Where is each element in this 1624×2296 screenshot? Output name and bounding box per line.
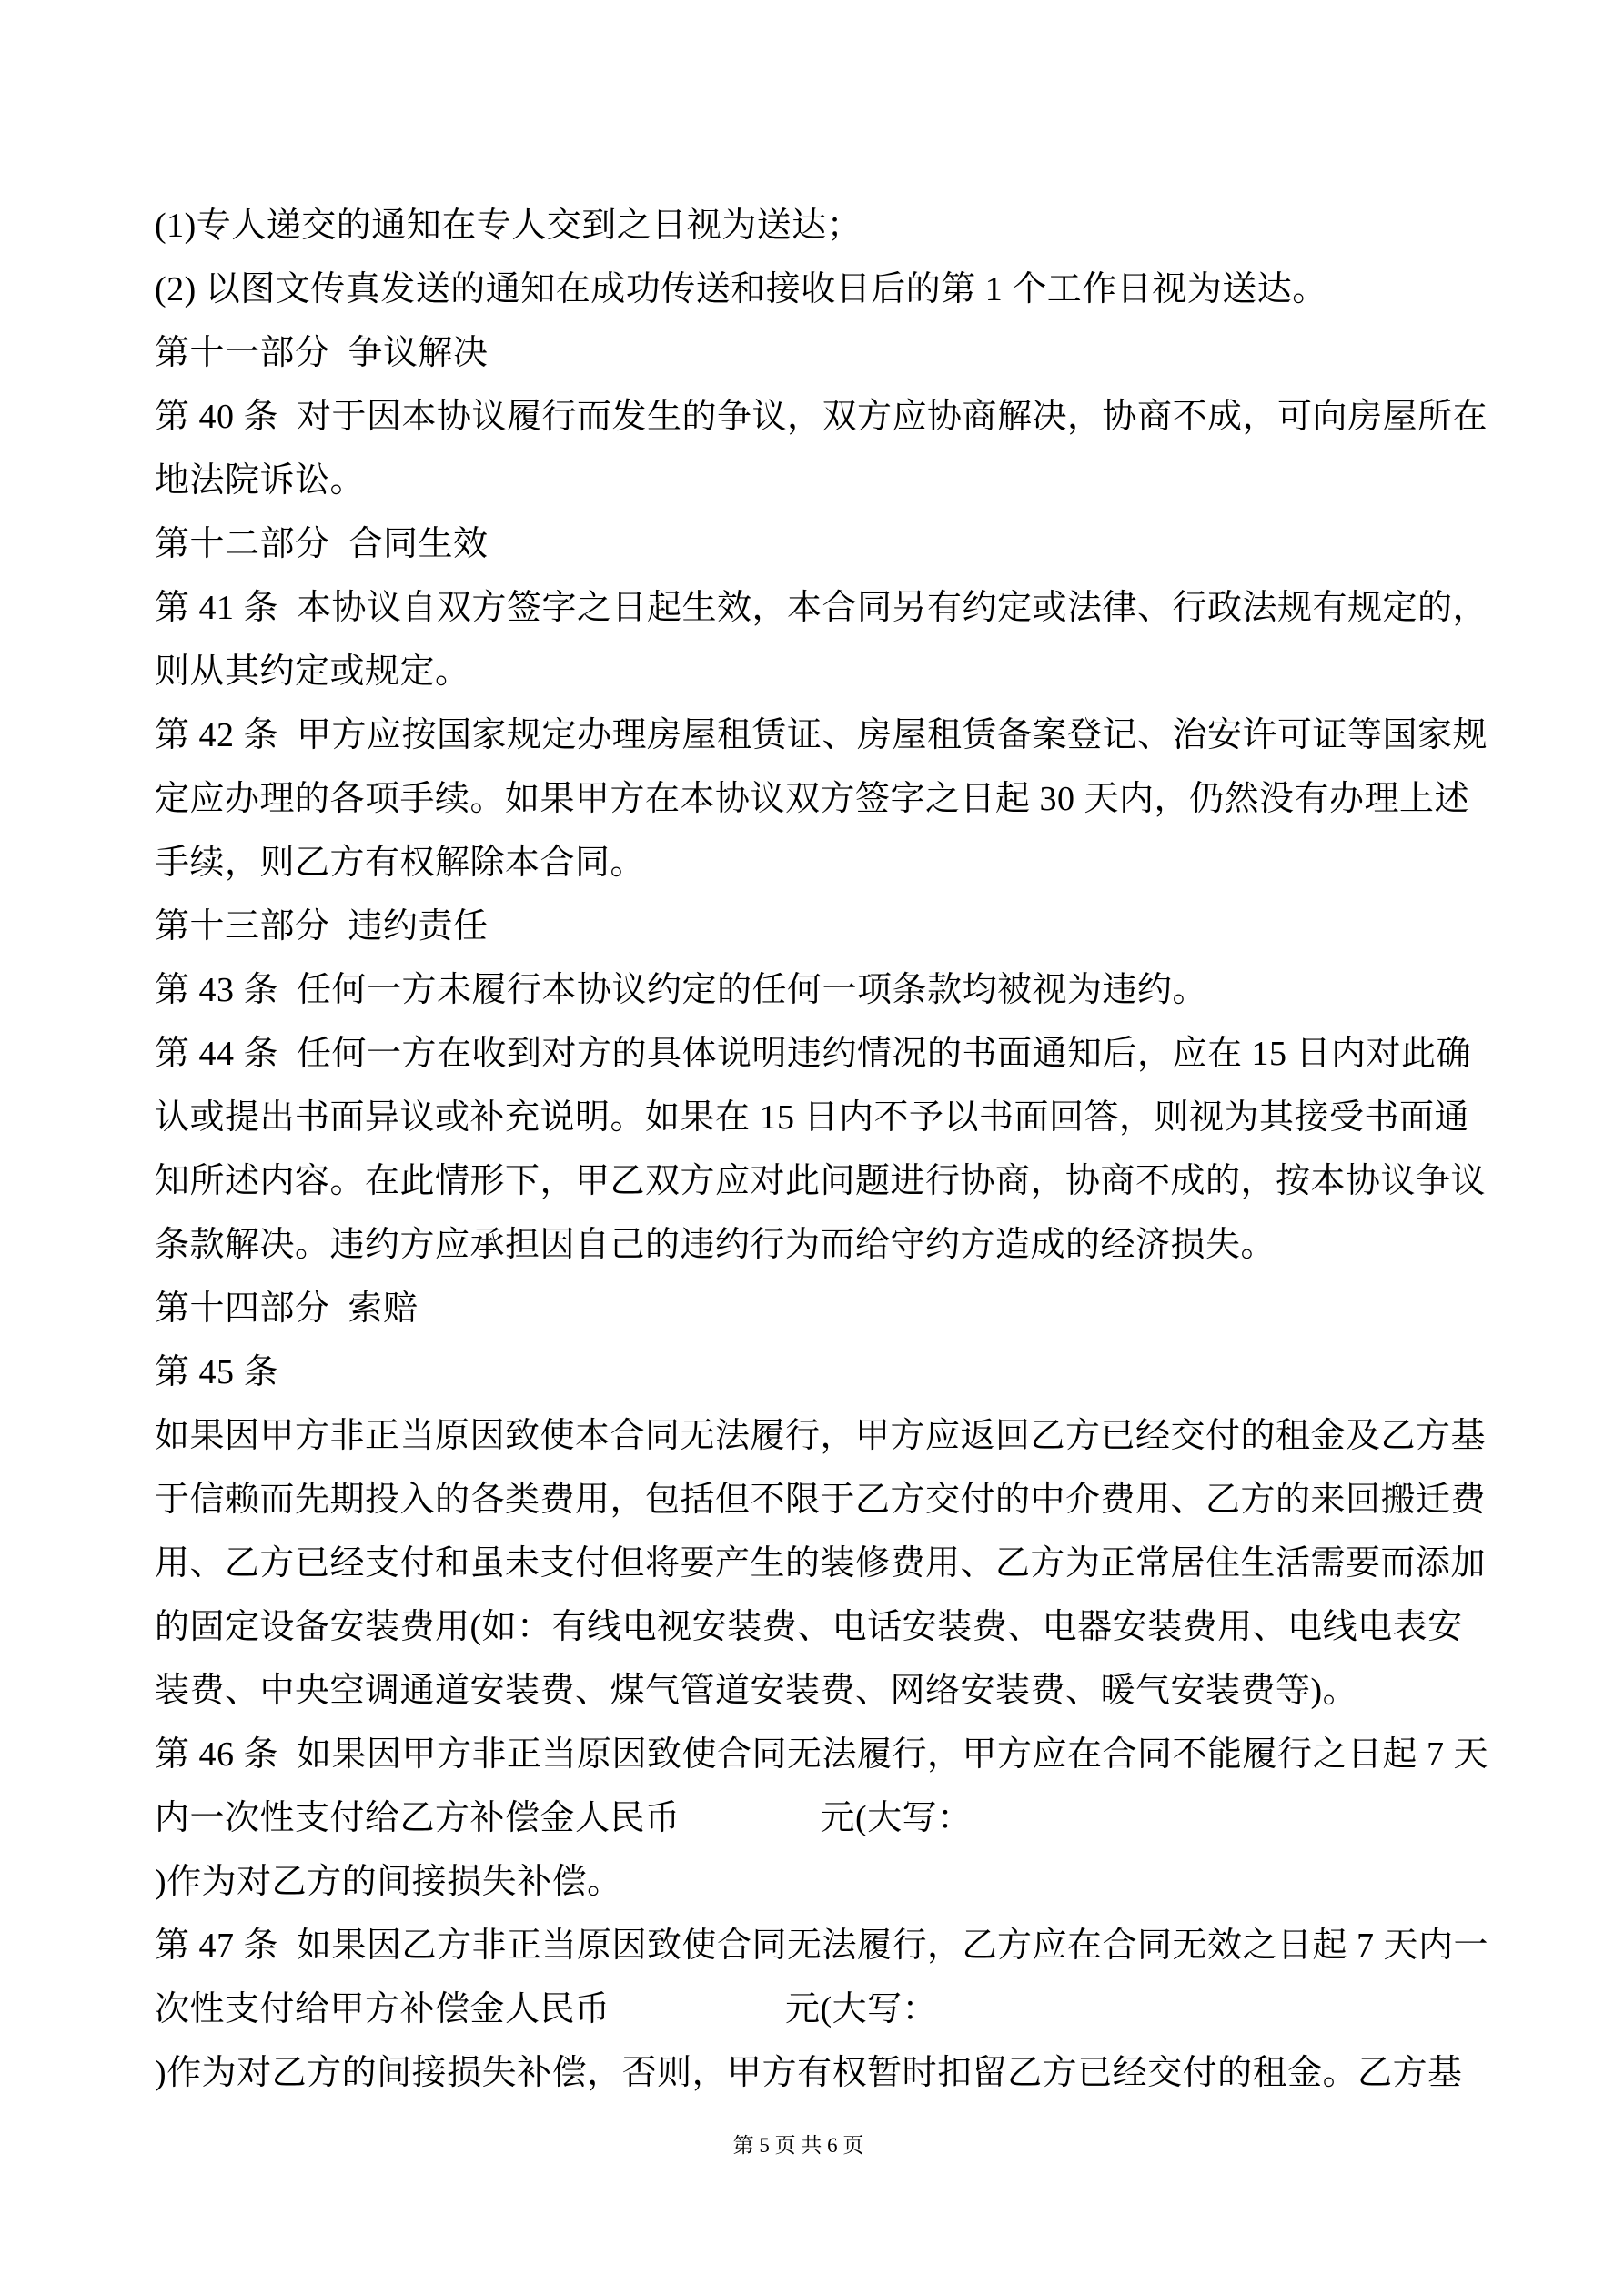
page-number: 第 5 页 共 6 页 (155, 2130, 1442, 2161)
contract-line: 的固定设备安装费用(如：有线电视安装费、电话安装费、电器安装费用、电线电表安 (155, 1595, 1442, 1659)
contract-line: 第 44 条 任何一方在收到对方的具体说明违约情况的书面通知后，应在 15 日内… (155, 1022, 1442, 1086)
contract-line: 于信赖而先期投入的各类费用，包括但不限于乙方交付的中介费用、乙方的来回搬迁费 (155, 1468, 1442, 1532)
contract-line: 第 40 条 对于因本协议履行而发生的争议，双方应协商解决，协商不成，可向房屋所… (155, 385, 1442, 449)
document-page: (1)专人递交的通知在专人交到之日视为送达； (2) 以图文传真发送的通知在成功… (0, 0, 1624, 2296)
contract-line: 知所述内容。在此情形下，甲乙双方应对此问题进行协商，协商不成的，按本协议争议 (155, 1149, 1442, 1213)
contract-line: 第 42 条 甲方应按国家规定办理房屋租赁证、房屋租赁备案登记、治安许可证等国家… (155, 703, 1442, 767)
contract-line: 地法院诉讼。 (155, 449, 1442, 512)
contract-line: (1)专人递交的通知在专人交到之日视为送达； (155, 194, 1442, 258)
section-heading: 第十一部分 争议解决 (155, 321, 1442, 385)
contract-line: )作为对乙方的间接损失补偿，否则，甲方有权暂时扣留乙方已经交付的租金。乙方基 (155, 2041, 1442, 2105)
contract-line: 定应办理的各项手续。如果甲方在本协议双方签字之日起 30 天内，仍然没有办理上述 (155, 767, 1442, 831)
contract-line: 认或提出书面异议或补充说明。如果在 15 日内不予以书面回答，则视为其接受书面通 (155, 1086, 1442, 1149)
contract-line-blank-amount: 次性支付给甲方补偿金人民币 元(大写： (155, 1977, 1442, 2041)
contract-text-body: (1)专人递交的通知在专人交到之日视为送达； (2) 以图文传真发送的通知在成功… (155, 194, 1442, 2105)
contract-line: 条款解决。违约方应承担因自己的违约行为而给守约方造成的经济损失。 (155, 1213, 1442, 1277)
contract-line: )作为对乙方的间接损失补偿。 (155, 1850, 1442, 1914)
contract-line: 手续，则乙方有权解除本合同。 (155, 831, 1442, 895)
contract-line: 第 46 条 如果因甲方非正当原因致使合同无法履行，甲方应在合同不能履行之日起 … (155, 1723, 1442, 1786)
contract-line: 如果因甲方非正当原因致使本合同无法履行，甲方应返回乙方已经交付的租金及乙方基 (155, 1404, 1442, 1468)
section-heading: 第十四部分 索赔 (155, 1277, 1442, 1340)
contract-line: 第 47 条 如果因乙方非正当原因致使合同无法履行，乙方应在合同无效之日起 7 … (155, 1914, 1442, 1977)
section-heading: 第十三部分 违约责任 (155, 895, 1442, 958)
contract-line: 装费、中央空调通道安装费、煤气管道安装费、网络安装费、暖气安装费等)。 (155, 1659, 1442, 1723)
contract-line: 则从其约定或规定。 (155, 640, 1442, 703)
section-heading: 第十二部分 合同生效 (155, 512, 1442, 576)
contract-line: 用、乙方已经支付和虽未支付但将要产生的装修费用、乙方为正常居住生活需要而添加 (155, 1532, 1442, 1595)
contract-line: 第 43 条 任何一方未履行本协议约定的任何一项条款均被视为违约。 (155, 958, 1442, 1022)
contract-line: 第 41 条 本协议自双方签字之日起生效，本合同另有约定或法律、行政法规有规定的… (155, 576, 1442, 640)
contract-line: (2) 以图文传真发送的通知在成功传送和接收日后的第 1 个工作日视为送达。 (155, 258, 1442, 321)
contract-line-blank-amount: 内一次性支付给乙方补偿金人民币 元(大写： (155, 1786, 1442, 1850)
contract-line: 第 45 条 (155, 1340, 1442, 1404)
